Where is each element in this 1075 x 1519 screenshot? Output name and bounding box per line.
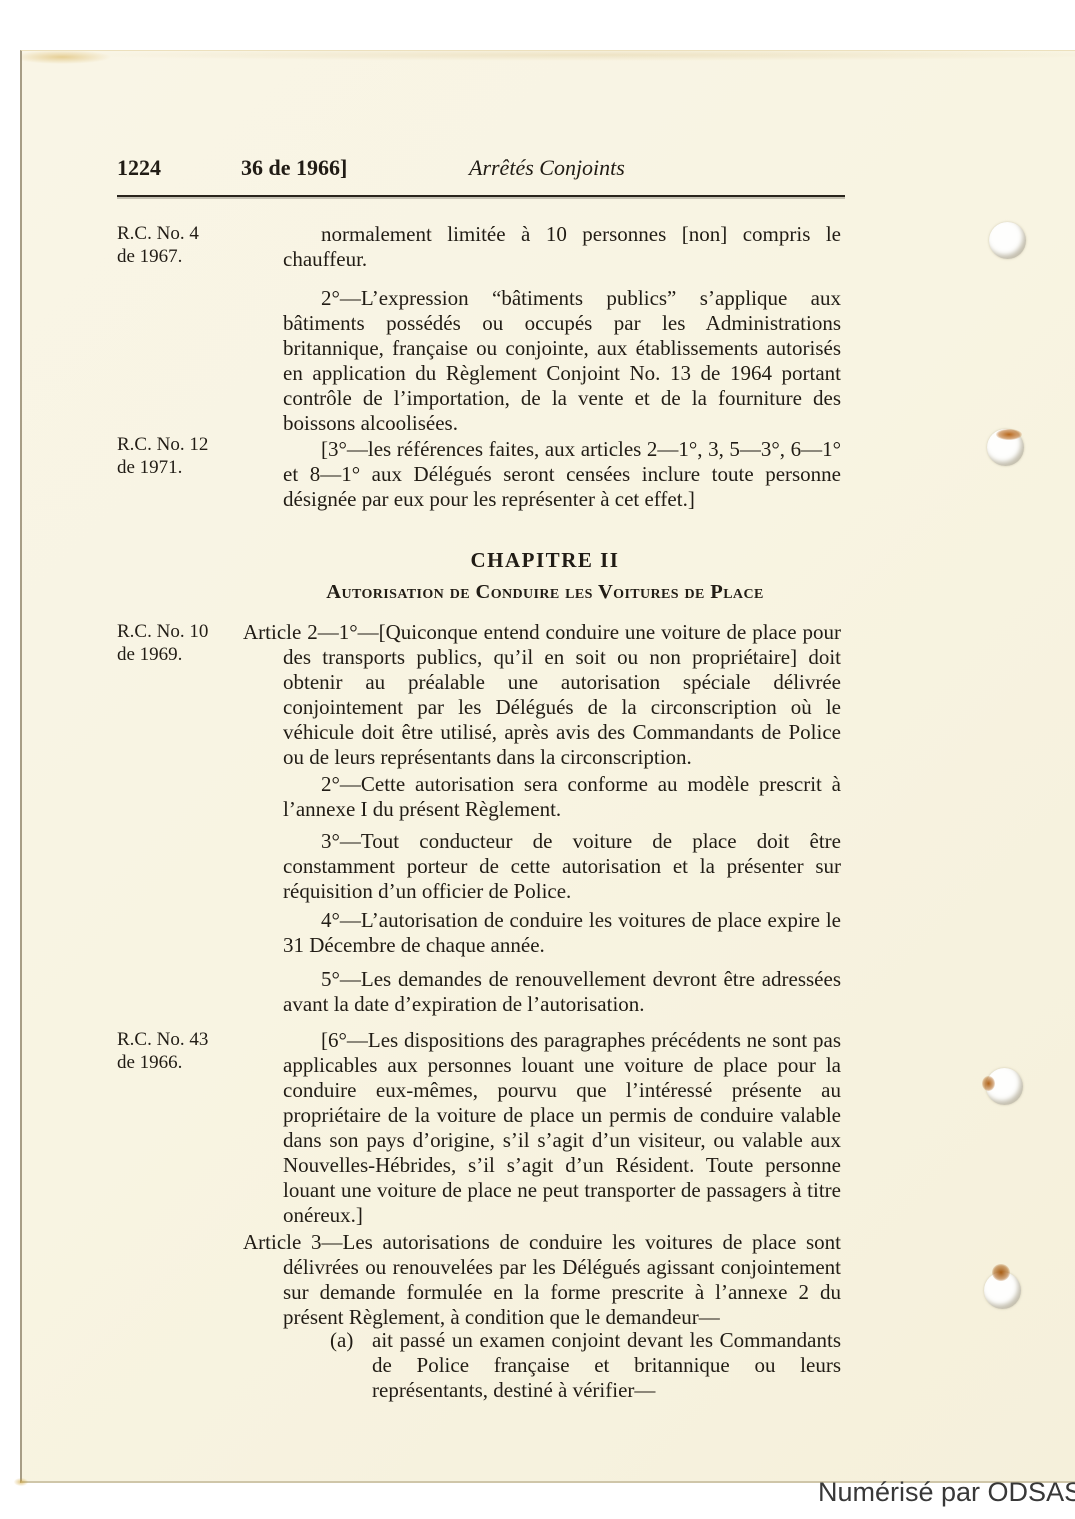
margin-note-line: R.C. No. 4 xyxy=(117,222,267,245)
punch-hole-1 xyxy=(989,222,1026,259)
rust-stain-2 xyxy=(982,1076,995,1091)
page-number: 1224 xyxy=(117,155,161,181)
journal-title: Arrêtés Conjoints xyxy=(469,155,625,181)
margin-note-rc12: R.C. No. 12 de 1971. xyxy=(117,433,267,479)
margin-note-line: R.C. No. 43 xyxy=(117,1028,267,1051)
article-2-para-4: 4°—L’autorisation de conduire les voitur… xyxy=(283,908,841,958)
header-rule xyxy=(117,195,845,197)
margin-note-rc43: R.C. No. 43 de 1966. xyxy=(117,1028,267,1074)
article-3-item-a-marker: (a) xyxy=(330,1328,353,1353)
margin-note-line: de 1967. xyxy=(117,245,267,268)
rust-stain-1 xyxy=(996,429,1022,440)
margin-note-line: de 1966. xyxy=(117,1051,267,1074)
margin-note-rc4: R.C. No. 4 de 1967. xyxy=(117,222,267,268)
article-2-intro: Article 2—1°—[Quiconque entend conduire … xyxy=(243,620,841,770)
paragraph-continuation-chauffeur: normalement limitée à 10 personnes [non]… xyxy=(283,222,841,272)
paper-stain-speck xyxy=(14,1478,28,1486)
odsas-watermark: Numérisé par ODSAS xyxy=(818,1477,1075,1508)
chapter-heading: CHAPITRE II xyxy=(283,548,807,573)
article-2-para-2: 2°—Cette autorisation sera conforme au m… xyxy=(283,772,841,822)
margin-note-line: R.C. No. 12 xyxy=(117,433,267,456)
margin-note-line: de 1971. xyxy=(117,456,267,479)
chapter-subheading: Autorisation de Conduire les Voitures de… xyxy=(283,581,807,604)
paragraph-3-references: [3°—les références faites, aux articles … xyxy=(283,437,841,512)
article-2-para-3: 3°—Tout conducteur de voiture de place d… xyxy=(283,829,841,904)
paragraph-2-batiments-publics: 2°—L’expression “bâtiments publics” s’ap… xyxy=(283,286,841,436)
scanned-document-page: 1224 36 de 1966] Arrêtés Conjoints R.C. … xyxy=(0,0,1075,1519)
article-2-para-6: [6°—Les dispositions des paragraphes pré… xyxy=(283,1028,841,1228)
article-3-item-a-text: ait passé un examen conjoint devant les … xyxy=(372,1328,841,1403)
rust-stain-3 xyxy=(992,1264,1010,1281)
issue-reference: 36 de 1966] xyxy=(241,155,347,181)
article-3-intro: Article 3—Les autorisations de conduire … xyxy=(243,1230,841,1330)
article-2-para-5: 5°—Les demandes de renouvellement devron… xyxy=(283,967,841,1017)
